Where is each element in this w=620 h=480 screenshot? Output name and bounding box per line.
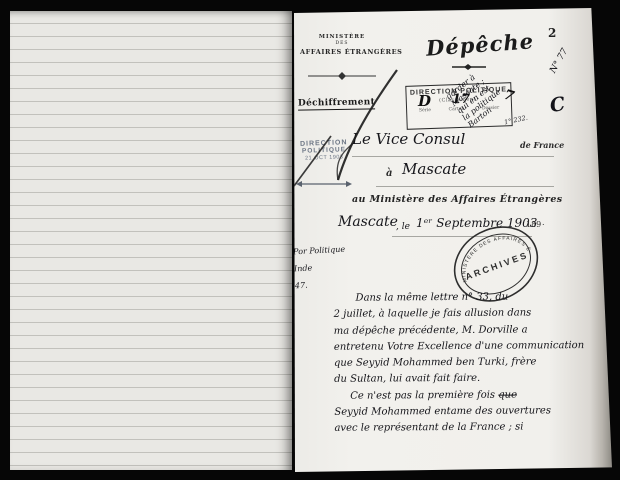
flourish-letter-c: C — [548, 93, 567, 117]
form-rule — [352, 156, 554, 157]
body-line: avec le représentant de la France ; si — [334, 420, 568, 438]
letterhead-line2: DES — [300, 41, 384, 46]
blank-lined-page — [10, 11, 292, 470]
number-77-note: N° 77 — [548, 47, 570, 75]
date-place-handwritten: Mascate — [338, 214, 398, 230]
body-line: du Sultan, lui avait fait faire. — [334, 371, 568, 389]
dechiffrement-label: Déchiffrement — [298, 97, 375, 110]
sender-printed-de-france: de France — [520, 140, 564, 150]
registry-stamp-line3: 21 OCT 1903 — [296, 154, 352, 162]
body-line: Dans la même lettre n° 33, du — [333, 289, 567, 307]
letterhead: MINISTÈRE DES AFFAIRES ÉTRANGÈRES — [300, 34, 384, 56]
page-number: 2 — [548, 26, 556, 40]
date-period: . — [542, 218, 545, 227]
body-line-text: Ce n'est pas la première fois — [350, 389, 498, 401]
letterhead-flourish-rule — [308, 72, 376, 80]
struck-word: que — [498, 389, 517, 400]
letterhead-line3: AFFAIRES ÉTRANGÈRES — [300, 48, 384, 56]
date-le: , le — [396, 222, 410, 232]
side-note-line: Por Politique — [293, 241, 346, 261]
body-line: Seyyid Mohammed entame des ouvertures — [334, 403, 568, 421]
body-line: 2 juillet, à laquelle je fais allusion d… — [334, 305, 568, 323]
margin-side-note: Por Politique Inde 47. — [293, 241, 348, 295]
form-rule — [376, 186, 554, 187]
recipient-line: au Ministère des Affaires Étrangères — [352, 194, 563, 205]
registry-stamp-arrow-rule — [296, 180, 352, 188]
place-mascate-handwritten: Mascate — [402, 160, 466, 178]
document-page: 2 MINISTÈRE DES AFFAIRES ÉTRANGÈRES Déch… — [294, 8, 612, 472]
archive-photo: 2 MINISTÈRE DES AFFAIRES ÉTRANGÈRES Déch… — [0, 0, 620, 480]
body-line: que Seyyid Mohammed ben Turki, frère — [334, 354, 568, 372]
body-line-with-strike: Ce n'est pas la première fois que — [334, 387, 568, 405]
serie-value-handwritten: D — [418, 92, 431, 110]
body-line: ma dépêche précédente, M. Dorville a — [334, 322, 568, 340]
registry-date-stamp: DIRECTION POLITIQUE 21 OCT 1903 — [296, 139, 353, 162]
letterhead-line1: MINISTÈRE — [300, 34, 384, 40]
at-label: à — [386, 168, 392, 179]
body-line: entretenu Votre Excellence d'une communi… — [334, 338, 568, 356]
sender-handwritten: Le Vice Consul — [352, 130, 465, 148]
letter-body: Dans la même lettre n° 33, du 2 juillet,… — [333, 289, 568, 437]
